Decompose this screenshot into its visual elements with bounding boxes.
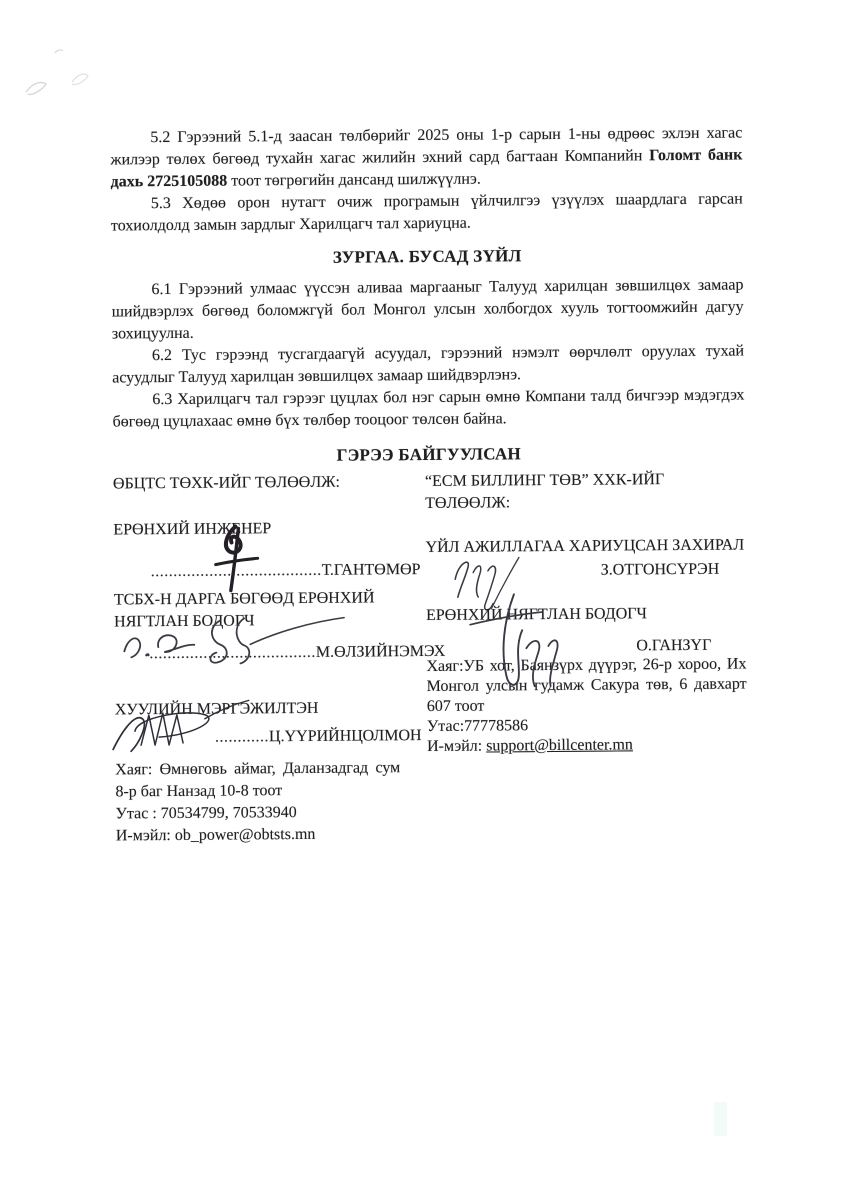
right-role-accountant-block: ЕРӨНХИЙ НЯГТЛАН БОДОГЧ О.ГАНЗҮГ — [426, 602, 746, 659]
clause-5-2-tail: тоот төгрөгийн дансанд шилжүүлнэ. — [227, 171, 481, 190]
left-role-accountant-title: ТСБХ-Н ДАРГА БӨГӨӨД ЕРӨНХИЙ НЯГТЛАН БОДО… — [114, 587, 399, 633]
scanned-contract-page: 5.2 Гэрээний 5.1-д заасан төлбөрийг 2025… — [0, 0, 848, 1200]
clause-6-1: 6.1 Гэрээний улмаас үүссэн аливаа маргаа… — [111, 274, 743, 345]
right-party-column: “ЕСМ БИЛЛИНГ ТӨВ” ХХК-ИЙГ ТӨЛӨӨЛЖ: ҮЙЛ А… — [425, 468, 748, 845]
email-link[interactable]: support@billcenter.mn — [486, 736, 633, 754]
signing-columns: ӨБЦТС ТӨХК-ИЙГ ТӨЛӨӨЛЖ: ЕРӨНХИЙ ИНЖЕНЕР … — [113, 468, 748, 847]
left-signee-name-3: Ц.ҮҮРИЙНЦОЛМОН — [269, 727, 422, 745]
right-signee-name-2: О.ГАНЗҮГ — [636, 634, 746, 657]
clause-5-2: 5.2 Гэрээний 5.1-д заасан төлбөрийг 2025… — [110, 122, 742, 193]
clause-6-3: 6.3 Харилцагч тал гэрээг цуцлах бол нэг … — [112, 384, 744, 433]
left-party-address: Хаяг: Өмнөговь аймаг, Даланзадгад сум 8-… — [115, 757, 400, 803]
left-role-legal-title: ХУУЛИЙН МЭРГЭЖИЛТЭН — [115, 697, 400, 721]
left-role-accountant-block: ТСБХ-Н ДАРГА БӨГӨӨД ЕРӨНХИЙ НЯГТЛАН БОДО… — [114, 587, 399, 633]
leader-dots: ..................................... — [149, 644, 316, 662]
signing-heading: ГЭРЭЭ БАЙГУУЛСАН — [113, 442, 745, 467]
right-party-email-line: И-мэйл: support@billcenter.mn — [427, 734, 747, 757]
right-party-phone: Утас:77778586 — [427, 714, 747, 737]
right-role-accountant-title: ЕРӨНХИЙ НЯГТЛАН БОДОГЧ — [426, 602, 746, 627]
right-party-represents-label: “ЕСМ БИЛЛИНГ ТӨВ” ХХК-ИЙГ ТӨЛӨӨЛЖ: — [425, 468, 745, 515]
leader-dots: ............ — [215, 728, 269, 745]
right-signee-name-1: З.ОТГОНСҮРЭН — [601, 561, 720, 580]
leader-dots: ...................................... — [151, 562, 322, 580]
left-signature-line-3: ............Ц.ҮҮРИЙНЦОЛМОН — [115, 725, 400, 749]
section-six-heading: ЗУРГАА. БУСАД ЗҮЙЛ — [111, 244, 743, 269]
left-role-chief-engineer-title: ЕРӨНХИЙ ИНЖЕНЕР — [113, 517, 398, 541]
clause-5-2-text: 5.2 Гэрээний 5.1-д заасан төлбөрийг 2025… — [110, 124, 742, 168]
clause-6-2: 6.2 Тус гэрээнд тусгагдаагүй асуудал, гэ… — [112, 340, 744, 389]
left-party-represents-label: ӨБЦТС ТӨХК-ИЙГ ТӨЛӨӨЛЖ: — [113, 471, 398, 495]
right-party-address: Хаяг:УБ хот, Баянзүрх дүүрэг, 26-р хороо… — [426, 654, 746, 717]
email-label: И-мэйл: — [427, 738, 486, 755]
left-party-phone: Утас : 70534799, 70533940 — [116, 801, 401, 825]
left-signature-line-2: .....................................М.Ө… — [114, 641, 399, 665]
contract-text-block: 5.2 Гэрээний 5.1-д заасан төлбөрийг 2025… — [0, 0, 848, 1200]
left-party-email: И-мэйл: ob_power@obtsts.mn — [116, 823, 401, 847]
clause-5-3: 5.3 Хөдөө орон нутагт очиж програмын үйл… — [111, 188, 743, 237]
left-signee-name-1: Т.ГАНТӨМӨР — [322, 561, 421, 579]
left-signature-line-1: ......................................Т.… — [114, 559, 399, 583]
left-party-column: ӨБЦТС ТӨХК-ИЙГ ТӨЛӨӨЛЖ: ЕРӨНХИЙ ИНЖЕНЕР … — [113, 471, 401, 847]
